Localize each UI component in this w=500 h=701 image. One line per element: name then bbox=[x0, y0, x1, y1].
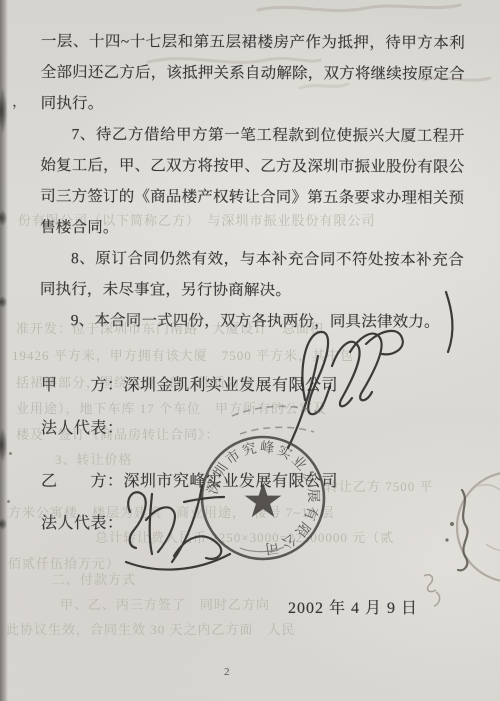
party-a-line: 甲 方：深圳金凯利实业发展有限公司 bbox=[41, 372, 338, 395]
scan-edge-blob bbox=[0, 428, 7, 462]
party-b-rep-label: 法人代表： bbox=[41, 510, 124, 533]
scan-edge-blob bbox=[0, 210, 7, 226]
party-a-rep-label: 法人代表： bbox=[41, 415, 124, 438]
stray-dot bbox=[9, 452, 12, 455]
contract-paragraph: 7、待乙方借给甲方第一笔工程款到位使振兴大厦工程开始复工后，甲、乙双方将按甲、乙… bbox=[40, 119, 465, 245]
bleedthrough-line: 转让乙方 7500 平 bbox=[325, 476, 434, 495]
scan-edge-blob bbox=[0, 296, 7, 308]
document-page: 份有限公司（以下简称乙方） 与深圳市振业股份有限公司 准开发：位于深圳市东门南路… bbox=[0, 0, 500, 701]
bleedthrough-line: 总计转让费人民币 2250×3000=22500000 元（贰 bbox=[95, 527, 394, 546]
contract-paragraph: 一层、十四~十七层和第五层裙楼房产作为抵押，待甲方本利全部归还乙方后，该抵押关系… bbox=[41, 26, 465, 121]
contract-paragraph: 9、本合同一式四份，双方各执两份，同具法律效力。 bbox=[40, 305, 464, 338]
contract-paragraph: 8、原订合同仍然有效，与本补充合同不符处按本补充合同执行，未尽事宜，另行协商解决… bbox=[40, 243, 464, 307]
bleedthrough-line: 3、转让价格 bbox=[55, 449, 133, 468]
bleedthrough-line: 甲、乙、丙三方签了 同时乙方向 bbox=[60, 594, 270, 613]
bleedthrough-line: 二、付款方式 bbox=[52, 569, 136, 588]
contract-body: 一层、十四~十七层和第五层裙楼房产作为抵押，待甲方本利全部归还乙方后，该抵押关系… bbox=[40, 26, 465, 338]
bleedthrough-line: 此协议生效，合同生效 30 天之内乙方面 人民 bbox=[6, 619, 296, 638]
stray-mark: ， bbox=[12, 90, 27, 111]
scan-edge-blob bbox=[0, 88, 7, 134]
contract-date: 2002 年 4 月 9 日 bbox=[288, 595, 418, 618]
party-b-line: 乙 方：深圳市究峰实业发展有限公司 bbox=[41, 468, 338, 491]
bleedthrough-line: 19426 平方米，甲方拥有该大厦 7500 平方米，其中包 bbox=[12, 345, 354, 364]
scan-edge-blob bbox=[0, 518, 7, 530]
page-number: 2 bbox=[224, 666, 230, 678]
